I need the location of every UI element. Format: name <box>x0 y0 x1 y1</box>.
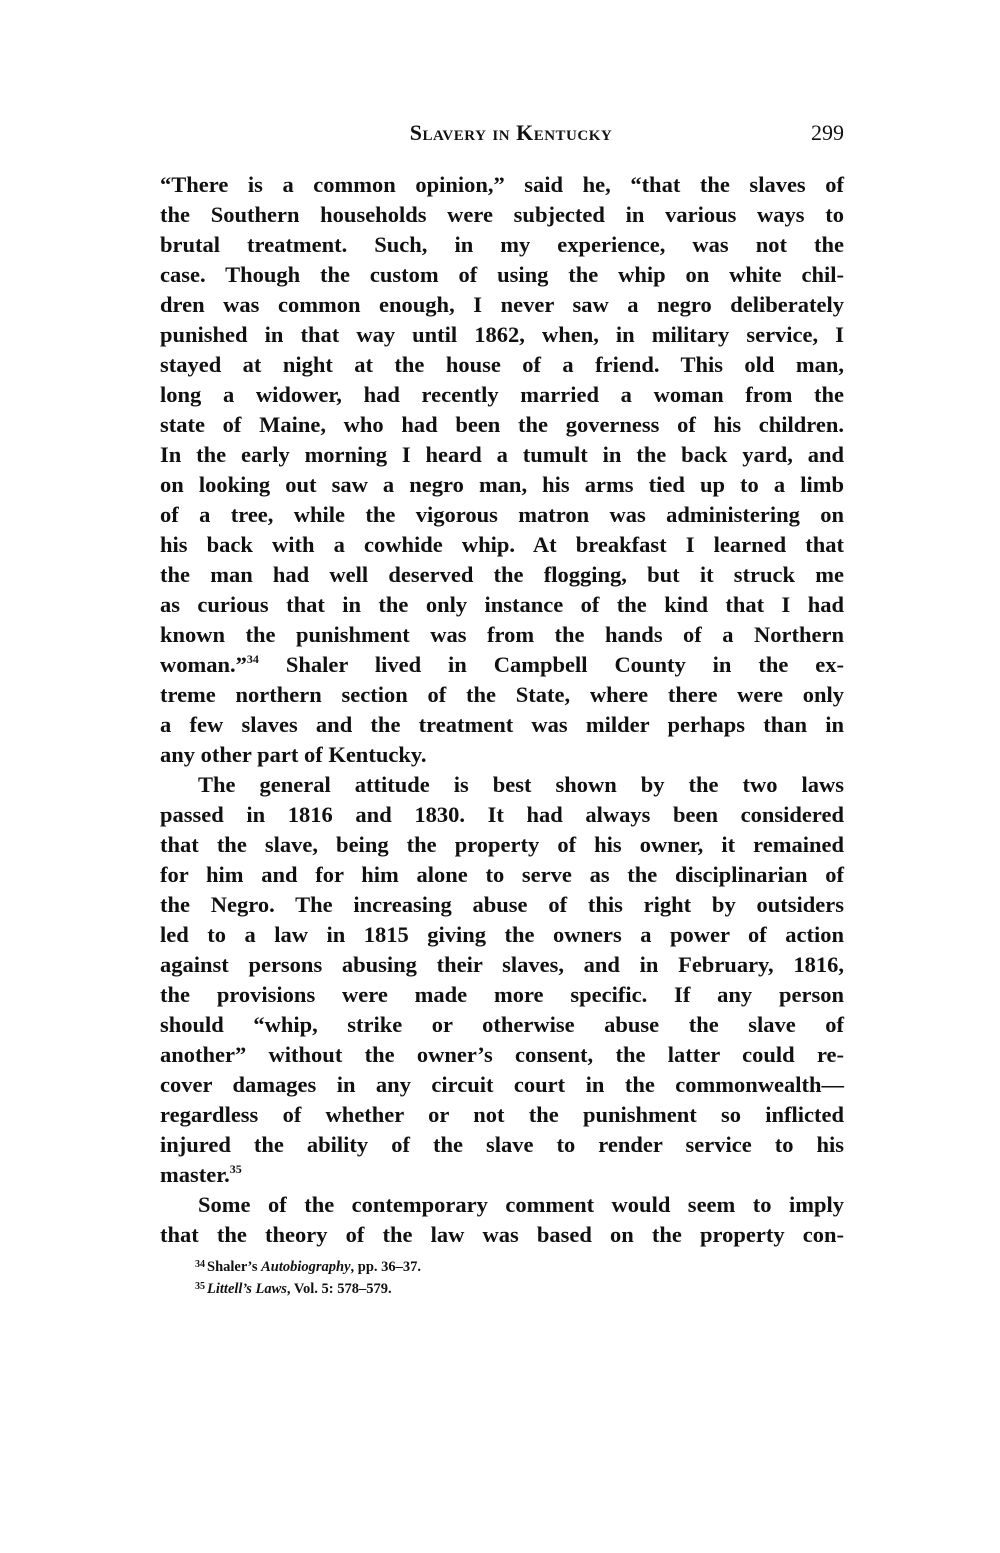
text-line: his back with a cowhide whip. At breakfa… <box>160 530 844 560</box>
text-line: a few slaves and the treatment was milde… <box>160 710 844 740</box>
text-line: passed in 1816 and 1830. It had always b… <box>160 800 844 830</box>
running-head: Slavery in Kentucky 299 <box>160 118 844 148</box>
text-line: the Negro. The increasing abuse of this … <box>160 890 844 920</box>
text-line: treme northern section of the State, whe… <box>160 680 844 710</box>
paragraph-start-line: The general attitude is best shown by th… <box>160 770 844 800</box>
text-line: dren was common enough, I never saw a ne… <box>160 290 844 320</box>
text-line: regardless of whether or not the punishm… <box>160 1100 844 1130</box>
text-end: master. <box>160 1162 230 1187</box>
text-line: for him and for him alone to serve as th… <box>160 860 844 890</box>
footnote-citation: , Vol. 5: 578–579. <box>287 1281 392 1297</box>
text-line: injured the ability of the slave to rend… <box>160 1130 844 1160</box>
text-line: any other part of Kentucky. <box>160 740 844 770</box>
text-line: as curious that in the only instance of … <box>160 590 844 620</box>
text-line: against persons abusing their slaves, an… <box>160 950 844 980</box>
footnote-number: 34 <box>195 1259 205 1270</box>
text-line: led to a law in 1815 giving the owners a… <box>160 920 844 950</box>
text-line: “There is a common opinion,” said he, “t… <box>160 170 844 200</box>
running-title: Slavery in Kentucky <box>160 118 844 148</box>
text-line: the provisions were made more specific. … <box>160 980 844 1010</box>
text-line: case. Though the custom of using the whi… <box>160 260 844 290</box>
page-number: 299 <box>811 118 844 148</box>
text-line: known the punishment was from the hands … <box>160 620 844 650</box>
footnote-title: Littell’s Laws <box>207 1281 287 1297</box>
text-continuation: Shaler lived in Campbell County in the e… <box>259 652 844 677</box>
text-line: punished in that way until 1862, when, i… <box>160 320 844 350</box>
text-line: state of Maine, who had been the governe… <box>160 410 844 440</box>
text-line: on looking out saw a negro man, his arms… <box>160 470 844 500</box>
text-line: that the theory of the law was based on … <box>160 1220 844 1250</box>
footnote-35: 35Littell’s Laws, Vol. 5: 578–579. <box>195 1278 844 1300</box>
text-line: another” without the owner’s consent, th… <box>160 1040 844 1070</box>
text-line: that the slave, being the property of hi… <box>160 830 844 860</box>
text-line: stayed at night at the house of a friend… <box>160 350 844 380</box>
footnote-ref-35[interactable]: 35 <box>230 1162 242 1176</box>
text-line: cover damages in any circuit court in th… <box>160 1070 844 1100</box>
text-line-with-footnote-35: master.35 <box>160 1160 844 1190</box>
footnote-ref-34[interactable]: 34 <box>247 652 259 666</box>
footnote-number: 35 <box>195 1281 205 1292</box>
text-line: brutal treatment. Such, in my experience… <box>160 230 844 260</box>
text-line: the man had well deserved the flogging, … <box>160 560 844 590</box>
text-line: of a tree, while the vigorous matron was… <box>160 500 844 530</box>
paragraph-start-line: Some of the contemporary comment would s… <box>160 1190 844 1220</box>
text-line: In the early morning I heard a tumult in… <box>160 440 844 470</box>
footnote-title: Autobiography <box>261 1259 350 1275</box>
text-line: long a widower, had recently married a w… <box>160 380 844 410</box>
footnote-citation: , pp. 36–37. <box>351 1259 422 1275</box>
footnote-author: Shaler’s <box>207 1259 261 1275</box>
book-page: Slavery in Kentucky 299 “There is a comm… <box>160 118 844 1300</box>
text-line: should “whip, strike or otherwise abuse … <box>160 1010 844 1040</box>
body-text: “There is a common opinion,” said he, “t… <box>160 170 844 1250</box>
footnotes: 34Shaler’s Autobiography, pp. 36–37. 35L… <box>160 1256 844 1300</box>
text-line: the Southern households were subjected i… <box>160 200 844 230</box>
footnote-34: 34Shaler’s Autobiography, pp. 36–37. <box>195 1256 844 1278</box>
quote-end-text: woman.” <box>160 652 247 677</box>
text-line-with-footnote-34: woman.”34 Shaler lived in Campbell Count… <box>160 650 844 680</box>
